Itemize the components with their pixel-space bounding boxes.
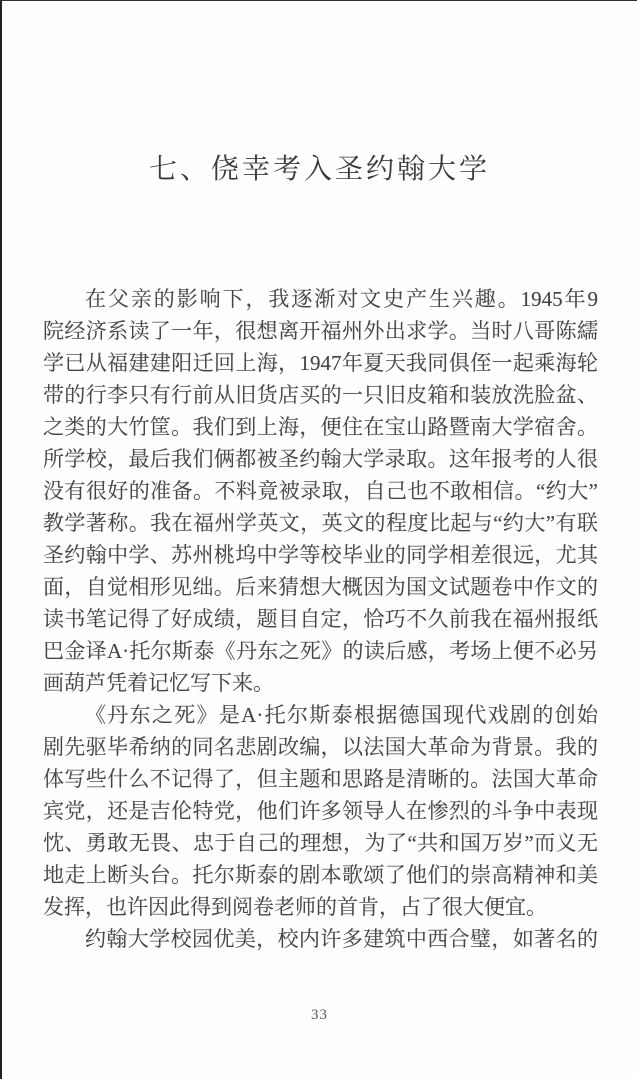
text-line: 面，自觉相形见绌。后来猜想大概因为国文试题卷中作文的题目是写一篇 <box>43 571 598 603</box>
text-line: 体写些什么不记得了，但主题和思路是清晰的。法国大革命中，不论雅各 <box>43 763 598 795</box>
text-line: 巴金译A·托尔斯泰《丹东之死》的读后感，考场上便不必另起炉灶，依样 <box>43 635 598 667</box>
body-text: 在父亲的影响下，我逐渐对文史产生兴趣。1945年9月，我在福建学 院经济系读了一… <box>43 283 598 955</box>
text-line: 剧先驱毕希纳的同名悲剧改编，以法国大革命为背景。我的“读后感”具 <box>43 731 598 763</box>
text-line: 所学校，最后我们俩都被圣约翰大学录取。这年报考的人很多，再说考前 <box>43 443 598 475</box>
text-line: 院经济系读了一年，很想离开福州外出求学。当时八哥陈繻就读的暨南大 <box>43 315 598 347</box>
text-line: 画葫芦凭着记忆写下来。 <box>43 667 598 699</box>
text-line: 带的行李只有行前从旧货店买的一只旧皮箱和装放洗脸盆、雨伞、热水瓶 <box>43 379 598 411</box>
chapter-title: 七、侥幸考入圣约翰大学 <box>2 147 637 187</box>
text-line: 学已从福建建阳迁回上海，1947年夏天我同俱侄一起乘海轮到上海。随身 <box>43 347 598 379</box>
text-line: 《丹东之死》是A·托尔斯泰根据德国现代戏剧的创始人、现实主义戏 <box>43 699 598 731</box>
text-line: 圣约翰中学、苏州桃坞中学等校毕业的同学相差很远，尤其听力和口语方 <box>43 539 598 571</box>
text-line: 在父亲的影响下，我逐渐对文史产生兴趣。1945年9月，我在福建学 <box>43 283 598 315</box>
text-line: 发挥，也许因此得到阅卷老师的首肯，占了很大便宜。 <box>43 891 598 923</box>
text-line: 忱、勇敢无畏、忠于自己的理想，为了“共和国万岁”而义无反顾，视死如归 <box>43 827 598 859</box>
text-line: 读书笔记得了好成绩，题目自定，恰巧不久前我在福州报纸上发表过一篇 <box>43 603 598 635</box>
text-line: 之类的大竹筐。我们到上海，便住在宝山路暨南大学宿舍。当时报考了几 <box>43 411 598 443</box>
text-line: 教学著称。我在福州学英文，英文的程度比起与“约大”有联系的如上海 <box>43 507 598 539</box>
text-line: 没有很好的准备。不料竟被录取，自己也不敢相信。“约大”以严格的英语 <box>43 475 598 507</box>
text-line: 地走上断头台。托尔斯泰的剧本歌颂了他们的崇高精神和美德。我据此 <box>43 859 598 891</box>
book-page: 七、侥幸考入圣约翰大学 在父亲的影响下，我逐渐对文史产生兴趣。1945年9月，我… <box>0 0 637 1079</box>
text-line: 约翰大学校园优美，校内许多建筑中西合璧，如著名的怀施堂、格致 <box>43 923 598 955</box>
page-number: 33 <box>2 1007 637 1024</box>
text-line: 宾党，还是吉伦特党，他们许多领导人在惨烈的斗争中表现出来的高尚、热 <box>43 795 598 827</box>
